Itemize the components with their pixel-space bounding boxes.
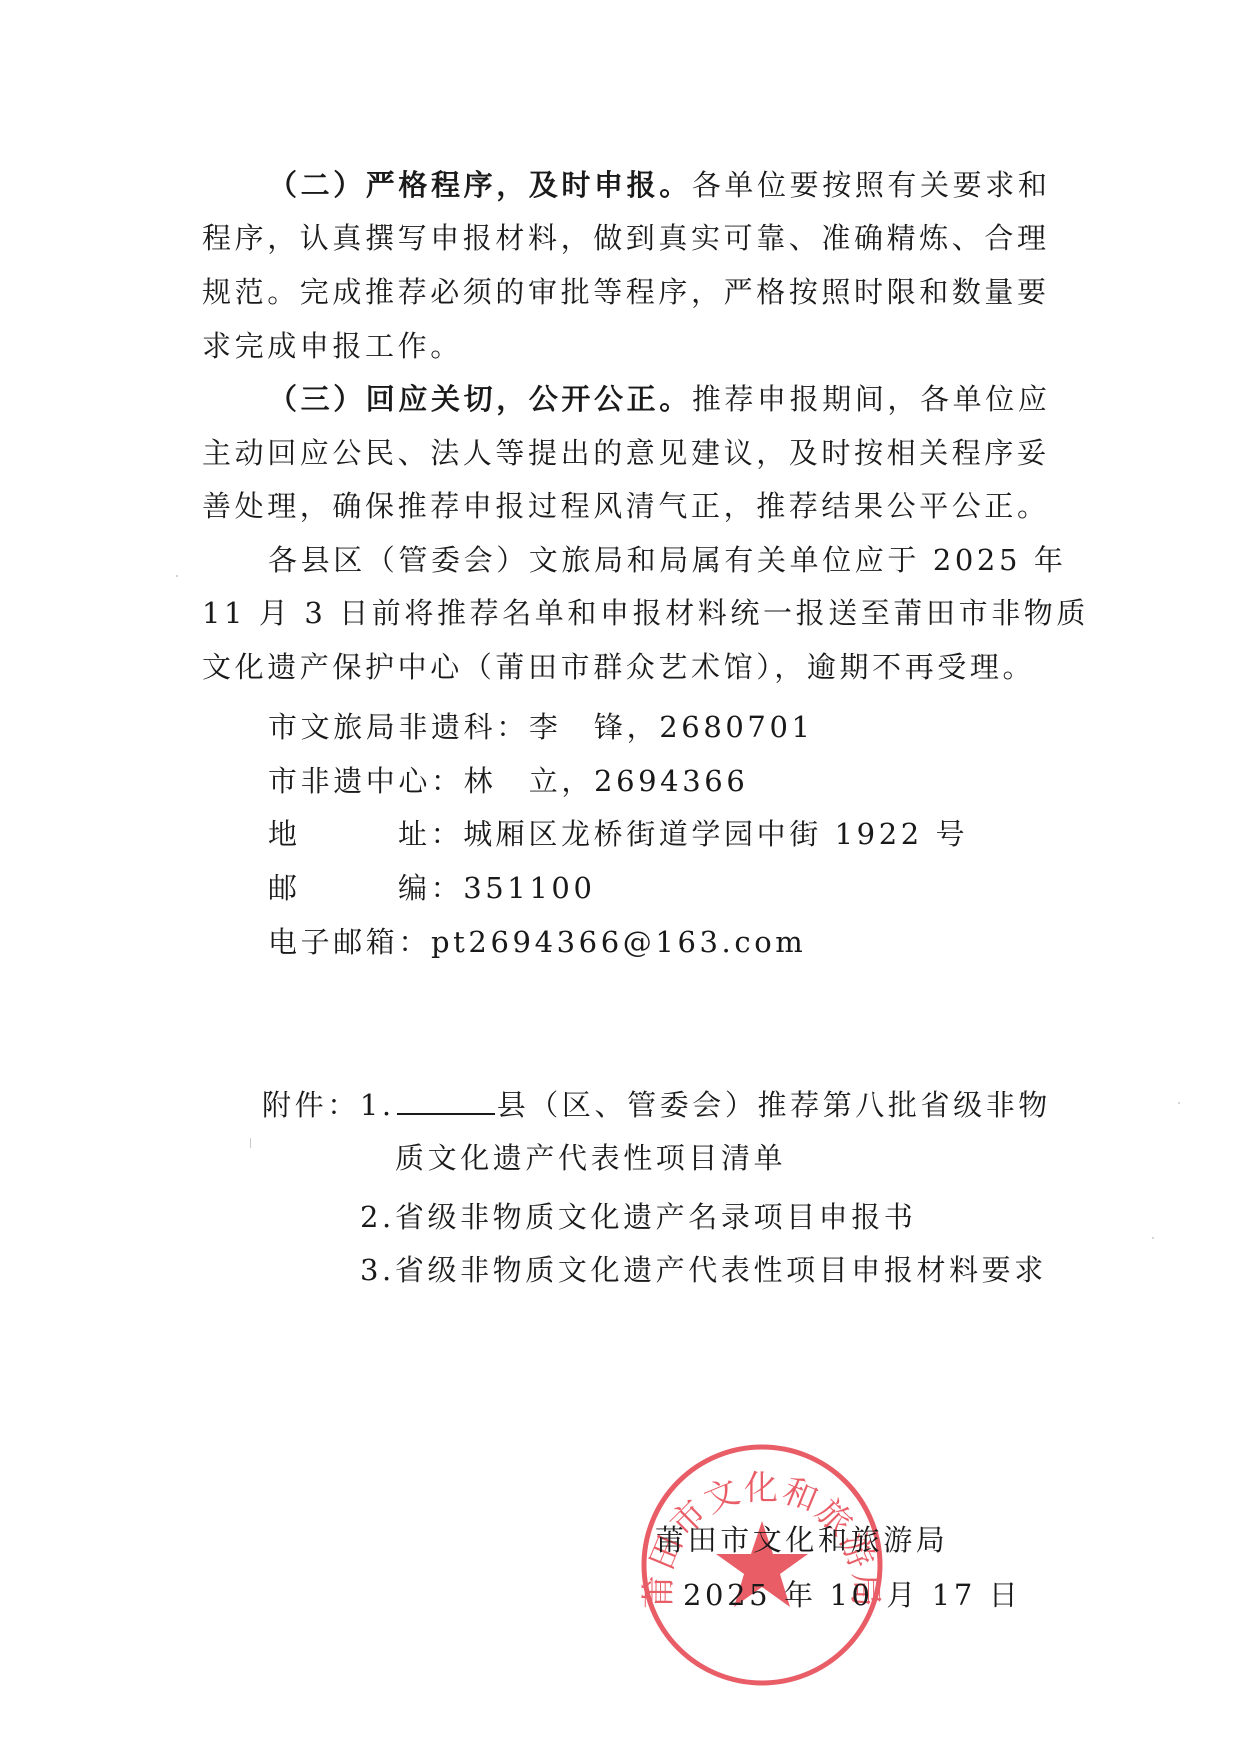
submission-line-3: 文化遗产保护中心（莆田市群众艺术馆），逾期不再受理。 <box>202 640 1062 694</box>
section-three-line-1: （三）回应关切，公开公正。推荐申报期间，各单位应 <box>268 372 1128 426</box>
attachment-item-1-line-2: 质文化遗产代表性项目清单 <box>395 1131 1240 1185</box>
contact-bureau: 市文旅局非遗科：李 锋，2680701 <box>268 700 1128 754</box>
attachment-item-3: 3.省级非物质文化遗产代表性项目申报材料要求 <box>360 1243 1220 1297</box>
section-two-line-2: 程序，认真撰写申报材料，做到真实可靠、准确精炼、合理 <box>202 211 1062 265</box>
address-value: 城厢区龙桥街道学园中街 1922 号 <box>463 817 968 851</box>
fill-in-blank <box>397 1083 495 1115</box>
address-label-b: 址： <box>398 817 463 851</box>
postcode-label-b: 编： <box>398 871 463 905</box>
signature-organization: 莆田市文化和旅游局 <box>655 1513 948 1567</box>
scan-speck <box>176 575 178 577</box>
postcode-value: 351100 <box>463 871 595 905</box>
contact-bureau-name: 李 锋 <box>529 710 627 744</box>
signature-date: 2025 年 10 月 17 日 <box>683 1568 1021 1622</box>
section-three-line-2: 主动回应公民、法人等提出的意见建议，及时按相关程序妥 <box>202 426 1062 480</box>
attachment-1-text: 县（区、管委会）推荐第八批省级非物 <box>497 1088 1051 1122</box>
section-three-heading: （三）回应关切，公开公正。 <box>268 382 692 416</box>
contact-center-name: 林 立 <box>464 764 562 798</box>
contact-separator: ， <box>627 710 660 744</box>
section-two-line-1: （二）严格程序，及时申报。各单位要按照有关要求和 <box>268 158 1128 212</box>
attachment-3-text: 省级非物质文化遗产代表性项目申报材料要求 <box>395 1253 1047 1287</box>
scan-speck <box>1152 1237 1154 1239</box>
attachment-2-text: 省级非物质文化遗产名录项目申报书 <box>395 1200 917 1234</box>
attachment-1-number: 1. <box>360 1088 395 1122</box>
section-two-text: 各单位要按照有关要求和 <box>692 168 1051 202</box>
email-value[interactable]: pt2694366@163.com <box>431 925 806 959</box>
contact-center: 市非遗中心：林 立，2694366 <box>268 754 1128 808</box>
contact-address: 地址：城厢区龙桥街道学园中街 1922 号 <box>268 807 1128 861</box>
submission-line-1: 各县区（管委会）文旅局和局属有关单位应于 2025 年 <box>268 533 1128 587</box>
contact-separator: ， <box>561 764 594 798</box>
scan-speck <box>250 1138 251 1148</box>
postcode-label-a: 邮 <box>268 861 398 915</box>
attachment-2-number: 2. <box>360 1200 395 1234</box>
section-two-heading: （二）严格程序，及时申报。 <box>268 168 692 202</box>
attachment-3-number: 3. <box>360 1253 395 1287</box>
section-two-line-4: 求完成申报工作。 <box>202 319 1062 373</box>
section-two-line-3: 规范。完成推荐必须的审批等程序，严格按照时限和数量要 <box>202 265 1062 319</box>
submission-line-2: 11 月 3 日前将推荐名单和申报材料统一报送至莆田市非物质 <box>202 586 1062 640</box>
attachment-item-1-line-1: 附件：1.县（区、管委会）推荐第八批省级非物 <box>262 1078 1122 1132</box>
contact-email: 电子邮箱：pt2694366@163.com <box>268 915 1128 969</box>
attachment-item-2: 2.省级非物质文化遗产名录项目申报书 <box>360 1190 1220 1244</box>
section-three-text: 推荐申报期间，各单位应 <box>692 382 1051 416</box>
contact-center-label: 市非遗中心： <box>268 764 464 798</box>
contact-bureau-label: 市文旅局非遗科： <box>268 710 529 744</box>
contact-bureau-phone: 2680701 <box>659 710 813 744</box>
contact-postcode: 邮编：351100 <box>268 861 1128 915</box>
attachments-label: 附件： <box>262 1088 360 1122</box>
scan-speck <box>1178 1102 1180 1104</box>
contact-center-phone: 2694366 <box>594 764 748 798</box>
section-three-line-3: 善处理，确保推荐申报过程风清气正，推荐结果公平公正。 <box>202 479 1062 533</box>
document-page: （二）严格程序，及时申报。各单位要按照有关要求和 程序，认真撰写申报材料，做到真… <box>0 0 1240 1754</box>
address-label-a: 地 <box>268 807 398 861</box>
email-label: 电子邮箱： <box>268 925 431 959</box>
